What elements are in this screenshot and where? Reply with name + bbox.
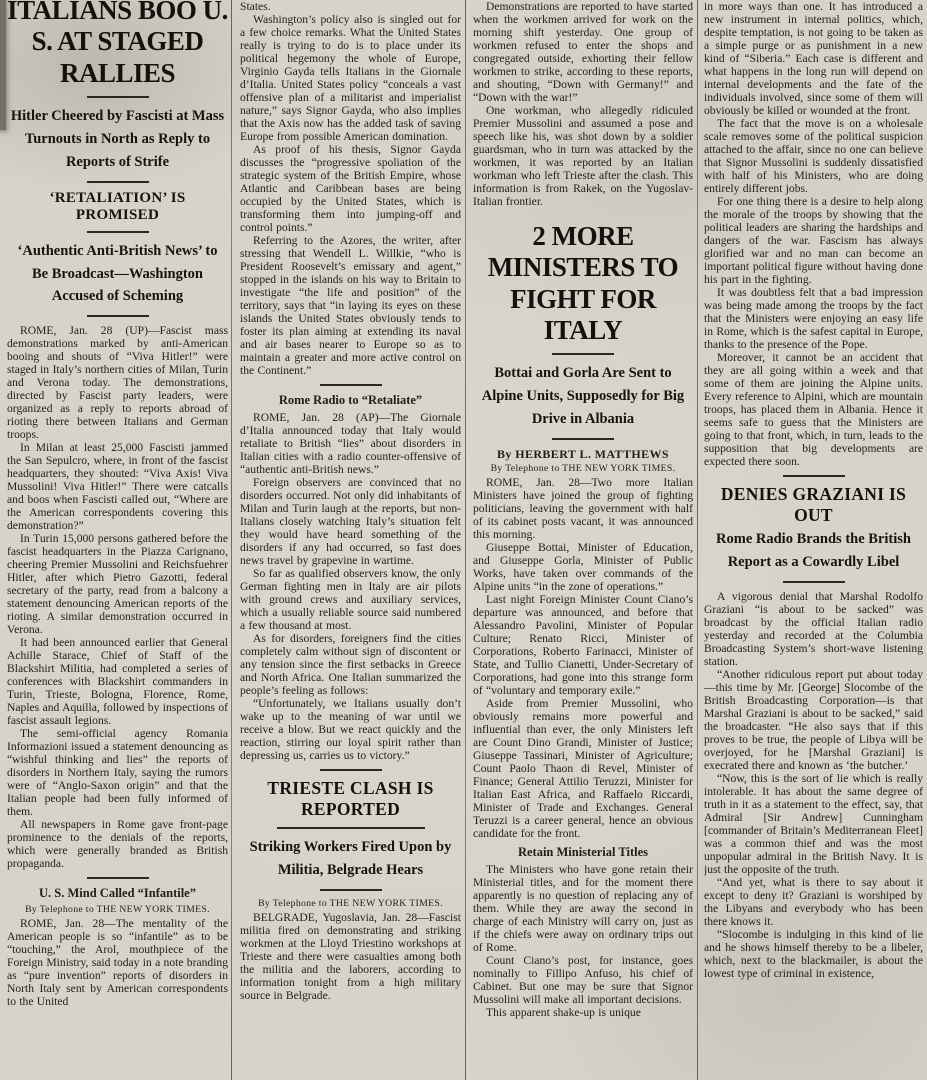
article-headline: TRIESTE CLASH IS REPORTED [240, 778, 461, 820]
paragraph: In Milan at least 25,000 Fascisti jammed… [7, 441, 228, 532]
column-divider [231, 0, 232, 1080]
paragraph: Aside from Premier Mussolini, who obviou… [473, 697, 693, 840]
divider-rule [87, 877, 149, 879]
paragraph: “And yet, what is there to say about it … [704, 876, 923, 928]
article-kicker: ‘RETALIATION’ IS PROMISED [7, 190, 228, 224]
news-column-1: ITALIANS BOO U. S. AT STAGED RALLIESHitl… [7, 0, 228, 1080]
paragraph: BELGRADE, Yugoslavia, Jan. 28—Fascist mi… [240, 911, 461, 1002]
paragraph: Giuseppe Bottai, Minister of Education, … [473, 541, 693, 593]
paragraph: All newspapers in Rome gave front-page p… [7, 818, 228, 870]
divider-rule [783, 581, 845, 583]
paragraph: The semi-official agency Romania Informa… [7, 727, 228, 818]
divider-rule [552, 353, 614, 355]
news-column-4: in more ways than one. It has introduced… [704, 0, 923, 1080]
paragraph: The fact that the move is on a wholesale… [704, 117, 923, 195]
divider-rule [320, 769, 382, 771]
paragraph: For one thing there is a desire to help … [704, 195, 923, 286]
paragraph: As for disorders, foreigners find the ci… [240, 632, 461, 697]
byline: By Telephone to THE NEW YORK TIMES. [473, 463, 693, 474]
paragraph: In Turin 15,000 persons gathered before … [7, 532, 228, 636]
divider-rule [320, 889, 382, 891]
news-column-2: States.Washington’s policy also is singl… [240, 0, 461, 1080]
divider-rule [87, 231, 149, 233]
paragraph: in more ways than one. It has introduced… [704, 0, 923, 117]
paragraph: “Now, this is the sort of lie which is r… [704, 772, 923, 876]
article-deck: Bottai and Gorla Are Sent to Alpine Unit… [475, 362, 691, 431]
article-deck: ‘Authentic Anti-British News’ to Be Broa… [9, 240, 226, 309]
divider-rule [87, 96, 149, 98]
paragraph: Foreign observers are convinced that no … [240, 476, 461, 567]
article-deck: Hitler Cheered by Fascisti at Mass Turno… [9, 105, 226, 174]
paragraph: As proof of his thesis, Signor Gayda dis… [240, 143, 461, 234]
column-divider [697, 0, 698, 1080]
paragraph: This apparent shake-up is unique [473, 1006, 693, 1019]
paragraph: ROME, Jan. 28—Two more Italian Ministers… [473, 476, 693, 541]
column-divider [465, 0, 466, 1080]
byline: By HERBERT L. MATTHEWS [473, 447, 693, 462]
newspaper-page: ITALIANS BOO U. S. AT STAGED RALLIESHitl… [0, 0, 927, 1080]
paragraph: “Unfortunately, we Italians usually don’… [240, 697, 461, 762]
section-crosshead: Retain Ministerial Titles [473, 845, 693, 860]
paragraph: Demonstrations are reported to have star… [473, 0, 693, 104]
article-headline: DENIES GRAZIANI IS OUT [704, 484, 923, 526]
divider-rule [87, 181, 149, 183]
paragraph: The Ministers who have gone retain their… [473, 863, 693, 954]
paragraph: It had been announced earlier that Gener… [7, 636, 228, 727]
divider-rule [783, 475, 845, 477]
paragraph: Moreover, it cannot be an accident that … [704, 351, 923, 468]
divider-rule [87, 315, 149, 317]
article-headline: ITALIANS BOO U. S. AT STAGED RALLIES [7, 0, 228, 89]
scan-artifact [0, 0, 6, 130]
byline: By Telephone to THE NEW YORK TIMES. [7, 904, 228, 915]
paragraph: Count Ciano’s post, for instance, goes n… [473, 954, 693, 1006]
section-crosshead: U. S. Mind Called “Infantile” [7, 886, 228, 901]
byline: By Telephone to THE NEW YORK TIMES. [240, 898, 461, 909]
divider-rule [552, 438, 614, 440]
paragraph: A vigorous denial that Marshal Rodolfo G… [704, 590, 923, 668]
news-column-3: Demonstrations are reported to have star… [473, 0, 693, 1080]
paragraph: Washington’s policy also is singled out … [240, 13, 461, 143]
article-deck: Rome Radio Brands the British Report as … [706, 528, 921, 574]
paragraph: ROME, Jan. 28 (UP)—Fascist mass demonstr… [7, 324, 228, 441]
paragraph: ROME, Jan. 28 (AP)—The Giornale d’Italia… [240, 411, 461, 476]
article-headline: 2 MORE MINISTERS TO FIGHT FOR ITALY [473, 221, 693, 346]
divider-rule [320, 384, 382, 386]
divider-rule [277, 827, 425, 829]
paragraph: “Slocombe is indulging in this kind of l… [704, 928, 923, 980]
paragraph: So far as qualified observers know, the … [240, 567, 461, 632]
paragraph: Referring to the Azores, the writer, aft… [240, 234, 461, 377]
section-crosshead: Rome Radio to “Retaliate” [240, 393, 461, 408]
paragraph: ROME, Jan. 28—The mentality of the Ameri… [7, 917, 228, 1008]
paragraph: One workman, who allegedly ridiculed Pre… [473, 104, 693, 208]
article-deck: Striking Workers Fired Upon by Militia, … [242, 836, 459, 882]
paragraph: States. [240, 0, 461, 13]
paragraph: It was doubtless felt that a bad impress… [704, 286, 923, 351]
paragraph: “Another ridiculous report put about tod… [704, 668, 923, 772]
paragraph: Last night Foreign Minister Count Ciano’… [473, 593, 693, 697]
